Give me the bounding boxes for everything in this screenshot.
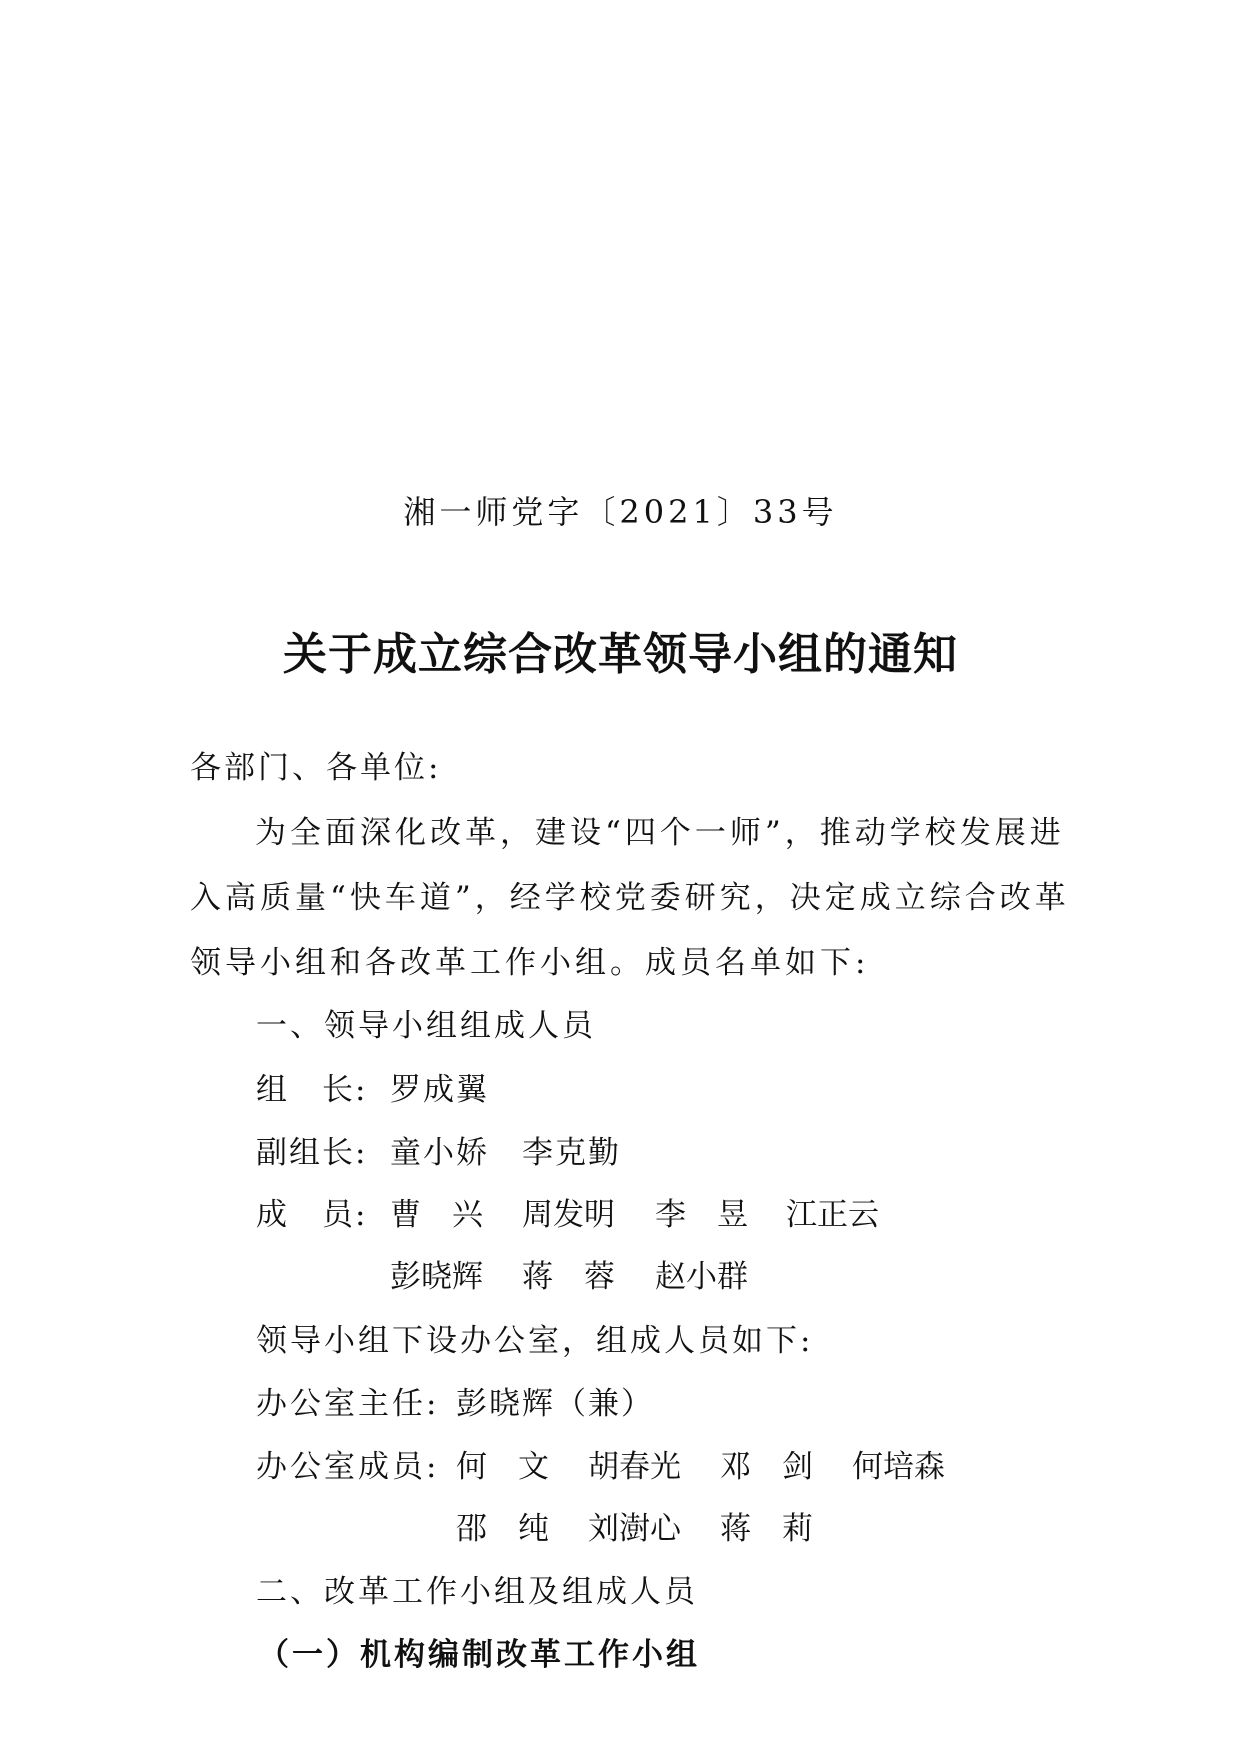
member-name: 曹 兴 xyxy=(390,1200,483,1231)
members-label: 成 员: xyxy=(256,1200,367,1231)
office-member-name: 刘澍心 xyxy=(588,1514,681,1545)
deputy-label: 副组长: xyxy=(256,1138,367,1169)
intro-line-1: 为全面深化改革，建设“四个一师”，推动学校发展进 xyxy=(255,818,1065,849)
office-members-label: 办公室成员: xyxy=(256,1452,439,1483)
document-number: 湘一师党字〔2021〕33号 xyxy=(0,496,1241,528)
deputy-name-1: 童小娇 xyxy=(390,1138,489,1169)
intro-line-3: 领导小组和各改革工作小组。成员名单如下: xyxy=(190,948,869,979)
member-name: 李 昱 xyxy=(655,1200,748,1231)
document-title: 关于成立综合改革领导小组的通知 xyxy=(0,633,1241,677)
leader-label: 组 长: xyxy=(256,1075,367,1106)
office-intro: 领导小组下设办公室，组成人员如下: xyxy=(256,1326,813,1357)
office-member-name: 邓 剑 xyxy=(720,1452,813,1483)
office-director-label: 办公室主任: xyxy=(256,1389,439,1420)
office-director-name: 彭晓辉（兼） xyxy=(456,1389,654,1420)
leader-name: 罗成翼 xyxy=(390,1075,489,1106)
document-page: 湘一师党字〔2021〕33号 关于成立综合改革领导小组的通知 各部门、各单位: … xyxy=(0,0,1241,1755)
section-2-heading: 二、改革工作小组及组成人员 xyxy=(256,1577,698,1608)
office-member-name: 蒋 莉 xyxy=(720,1514,813,1545)
intro-line-2: 入高质量“快车道”，经学校党委研究，决定成立综合改革 xyxy=(190,883,1070,914)
office-member-name: 何 文 xyxy=(456,1452,549,1483)
office-member-name: 邵 纯 xyxy=(456,1514,549,1545)
office-member-name: 胡春光 xyxy=(588,1452,681,1483)
office-member-name: 何培森 xyxy=(852,1452,945,1483)
member-name: 周发明 xyxy=(522,1200,615,1231)
member-name: 彭晓辉 xyxy=(390,1262,483,1293)
salutation: 各部门、各单位: xyxy=(190,753,441,784)
member-name: 蒋 蓉 xyxy=(522,1262,615,1293)
deputy-name-2: 李克勤 xyxy=(522,1138,621,1169)
member-name: 赵小群 xyxy=(655,1262,748,1293)
section-1-heading: 一、领导小组组成人员 xyxy=(256,1011,596,1042)
member-name: 江正云 xyxy=(786,1200,879,1231)
section-2-subheading: （一）机构编制改革工作小组 xyxy=(258,1640,700,1671)
